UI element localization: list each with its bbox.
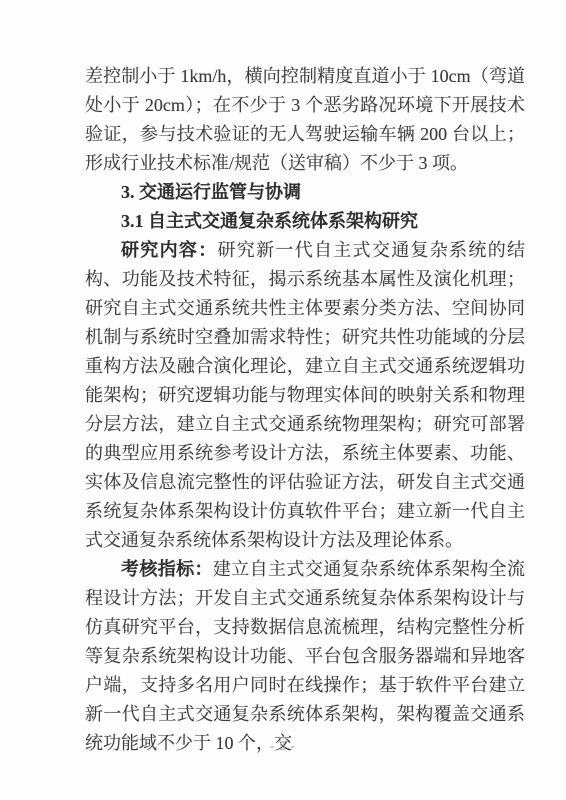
research-content-label: 研究内容： [121, 240, 218, 260]
section-heading: 3. 交通运行监管与协调 [85, 178, 525, 207]
assessment-indicators-text: 建立自主式交通复杂系统体系架构全流程设计方法；开发自主式交通系统复杂体系架构设计… [85, 559, 525, 753]
document-page: 差控制小于 1km/h，横向控制精度直道小于 10cm（弯道处小于 20cm）；… [0, 0, 566, 800]
assessment-indicators-label: 考核指标： [121, 559, 213, 579]
paragraph-assessment-indicators: 考核指标：建立自主式交通复杂系统体系架构全流程设计方法；开发自主式交通系统复杂体… [85, 555, 525, 758]
document-body: 差控制小于 1km/h，横向控制精度直道小于 10cm（弯道处小于 20cm）；… [85, 62, 525, 758]
paragraph-research-content: 研究内容：研究新一代自主式交通复杂系统的结构、功能及技术特征，揭示系统基本属性及… [85, 236, 525, 555]
subsection-heading: 3.1 自主式交通复杂系统体系架构研究 [85, 207, 525, 236]
page-number: - 5 - [0, 739, 566, 754]
paragraph-continuation: 差控制小于 1km/h，横向控制精度直道小于 10cm（弯道处小于 20cm）；… [85, 62, 525, 178]
research-content-text: 研究新一代自主式交通复杂系统的结构、功能及技术特征，揭示系统基本属性及演化机理；… [85, 240, 525, 550]
